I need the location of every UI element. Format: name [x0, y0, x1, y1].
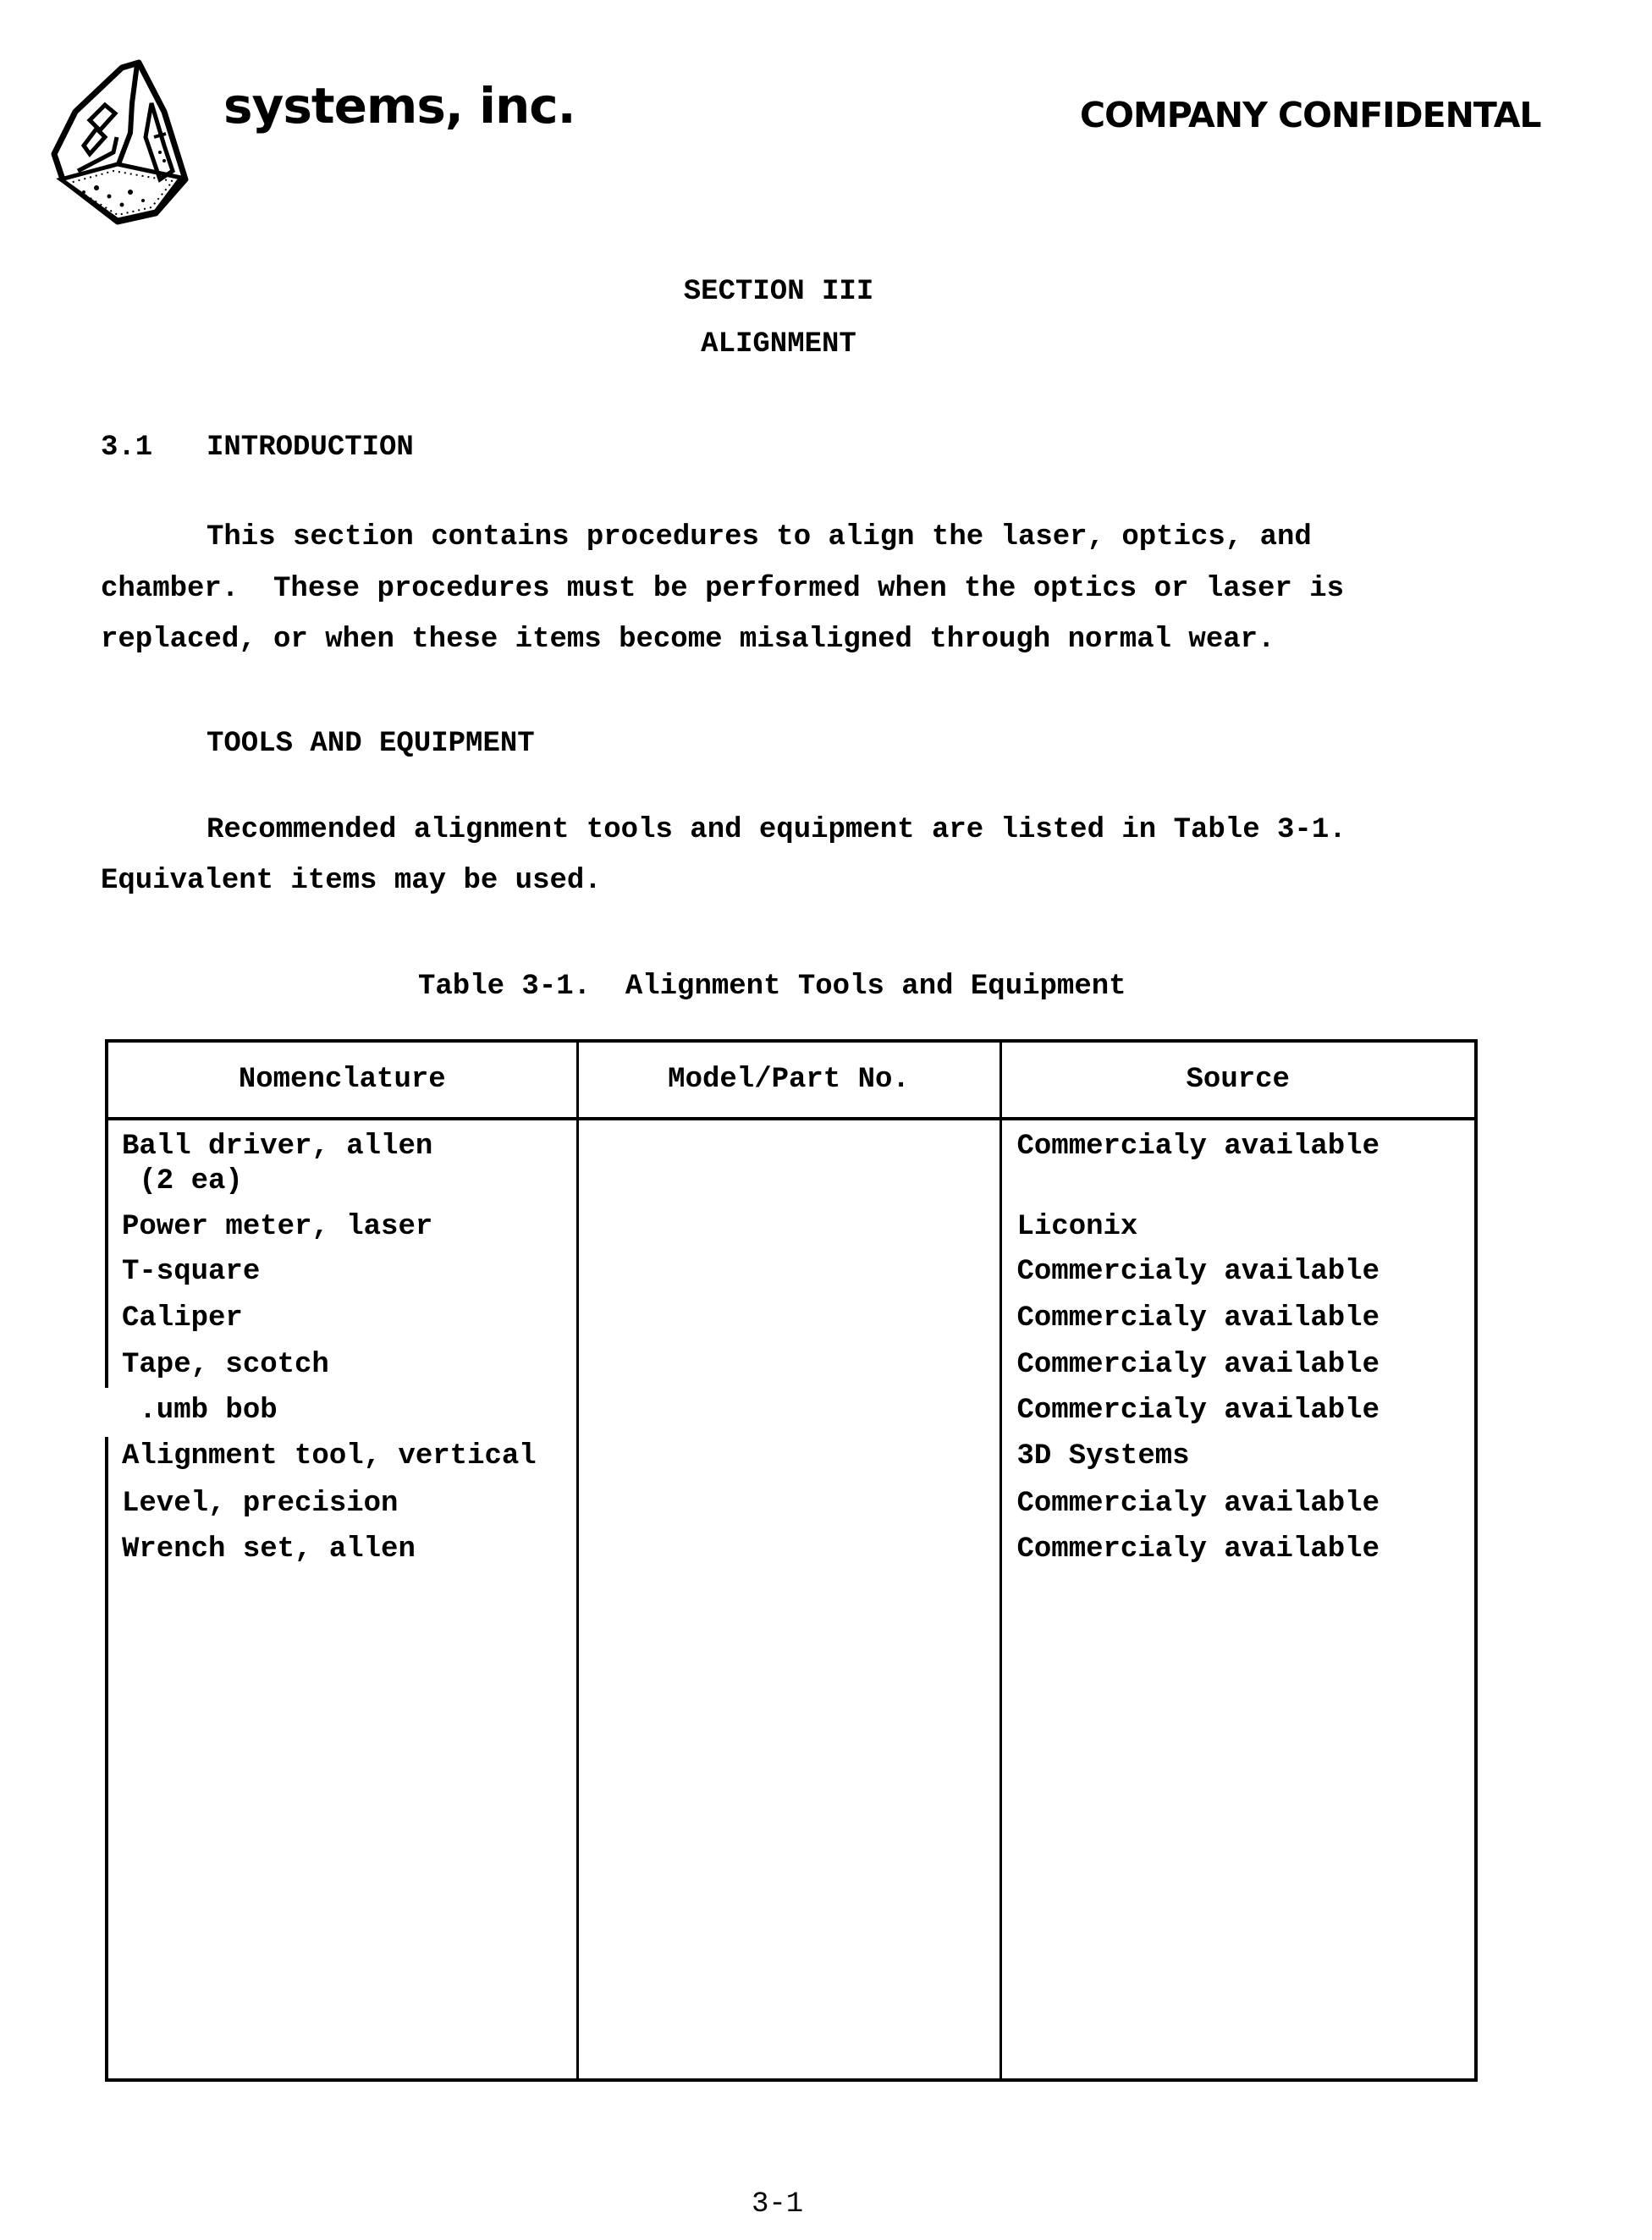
table-cell: 3D Systems [1017, 1442, 1190, 1471]
header-model-part-no: Model/Part No. [577, 1041, 1000, 1119]
source-column: Commercialy available Liconix Commercial… [1000, 1119, 1476, 2080]
table-cell: Commercialy available [1017, 1535, 1379, 1564]
table-cell: Alignment tool, vertical [122, 1442, 537, 1471]
intro-line-3: replaced, or when these items become mis… [101, 625, 1275, 654]
table-cell: Tape, scotch [122, 1351, 329, 1379]
intro-line-2: chamber. These procedures must be perfor… [101, 575, 1344, 603]
page-number: 3-1 [752, 2190, 803, 2219]
intro-line-1: This section contains procedures to alig… [206, 523, 1312, 552]
tools-line-1: Recommended alignment tools and equipmen… [206, 816, 1346, 845]
table-cell: T-square [122, 1258, 260, 1286]
subsection-heading: INTRODUCTION [206, 433, 414, 462]
table-cell: Wrench set, allen [122, 1535, 416, 1564]
section-number: SECTION III [0, 278, 1557, 306]
table-cell: Commercialy available [1017, 1396, 1379, 1425]
table-cell: (2 ea) [122, 1167, 243, 1196]
table-cell: Power meter, laser [122, 1213, 432, 1241]
company-name: systems, inc. [223, 81, 575, 130]
header-nomenclature: Nomenclature [107, 1041, 577, 1119]
alignment-tools-table: Nomenclature Model/Part No. Source Ball … [105, 1039, 1478, 2082]
header-source: Source [1000, 1041, 1476, 1119]
model-part-no-column [577, 1119, 1000, 2080]
tools-heading: TOOLS AND EQUIPMENT [206, 729, 535, 758]
table-cell: Commercialy available [1017, 1351, 1379, 1379]
table-body: Ball driver, allen (2 ea) Power meter, l… [107, 1119, 1476, 2080]
table-cell: Level, precision [122, 1489, 398, 1518]
table-caption: Table 3-1. Alignment Tools and Equipment [418, 972, 1126, 1001]
tools-line-2: Equivalent items may be used. [101, 867, 602, 895]
3d-cube-logo-icon [37, 52, 215, 225]
table-cell: .umb bob [122, 1396, 278, 1425]
confidential-label: COMPANY CONFIDENTAL [1080, 98, 1571, 133]
table-cell: Commercialy available [1017, 1132, 1379, 1161]
subsection-number: 3.1 [101, 433, 152, 462]
table-cell: Commercialy available [1017, 1489, 1379, 1518]
table-cell: Liconix [1017, 1213, 1138, 1241]
section-title: ALIGNMENT [0, 330, 1557, 359]
table-cell: Caliper [122, 1304, 243, 1333]
scan-border-gap [100, 1388, 110, 1437]
nomenclature-column: Ball driver, allen (2 ea) Power meter, l… [107, 1119, 577, 2080]
table-header-row: Nomenclature Model/Part No. Source [107, 1041, 1476, 1119]
table-cell: Commercialy available [1017, 1304, 1379, 1333]
table-cell: Ball driver, allen [122, 1132, 432, 1161]
table-cell: Commercialy available [1017, 1258, 1379, 1286]
